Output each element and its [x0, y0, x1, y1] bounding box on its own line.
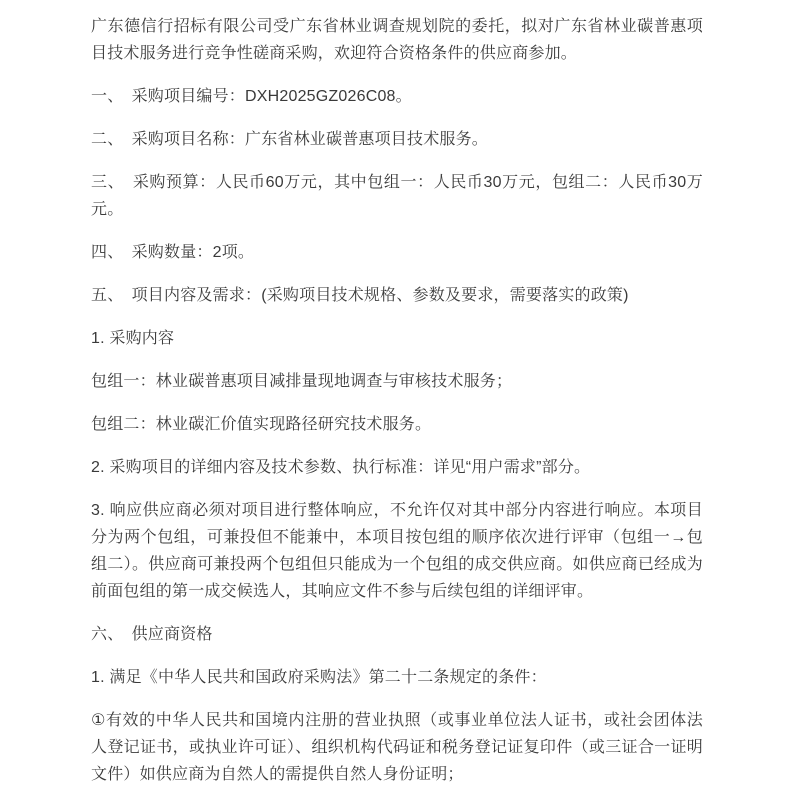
section-6-supplier-qualification: 六、 供应商资格: [91, 621, 703, 648]
section-5-content-requirements: 五、 项目内容及需求：(采购项目技术规格、参数及要求，需要落实的政策): [91, 282, 703, 309]
sub-2-detail-standards: 2. 采购项目的详细内容及技术参数、执行标准：详见“用户需求”部分。: [91, 454, 703, 481]
qualification-condition-heading: 1. 满足《中华人民共和国政府采购法》第二十二条规定的条件：: [91, 664, 703, 691]
intro-paragraph: 广东德信行招标有限公司受广东省林业调查规划院的委托，拟对广东省林业碳普惠项目技术…: [91, 13, 703, 67]
qualification-item-1: ①有效的中华人民共和国境内注册的营业执照（或事业单位法人证书，或社会团体法人登记…: [91, 707, 703, 788]
section-1-project-number: 一、 采购项目编号：DXH2025GZ026C08。: [91, 83, 703, 110]
section-2-project-name: 二、 采购项目名称：广东省林业碳普惠项目技术服务。: [91, 126, 703, 153]
package-2-description: 包组二：林业碳汇价值实现路径研究技术服务。: [91, 411, 703, 438]
sub-3-response-rules: 3. 响应供应商必须对项目进行整体响应，不允许仅对其中部分内容进行响应。本项目分…: [91, 497, 703, 605]
package-1-description: 包组一：林业碳普惠项目减排量现地调查与审核技术服务；: [91, 368, 703, 395]
sub-1-procurement-content: 1. 采购内容: [91, 325, 703, 352]
section-4-quantity: 四、 采购数量：2项。: [91, 239, 703, 266]
document-page: 广东德信行招标有限公司受广东省林业调查规划院的委托，拟对广东省林业碳普惠项目技术…: [0, 0, 793, 788]
section-3-budget: 三、 采购预算：人民币60万元，其中包组一：人民币30万元，包组二：人民币30万…: [91, 169, 703, 223]
